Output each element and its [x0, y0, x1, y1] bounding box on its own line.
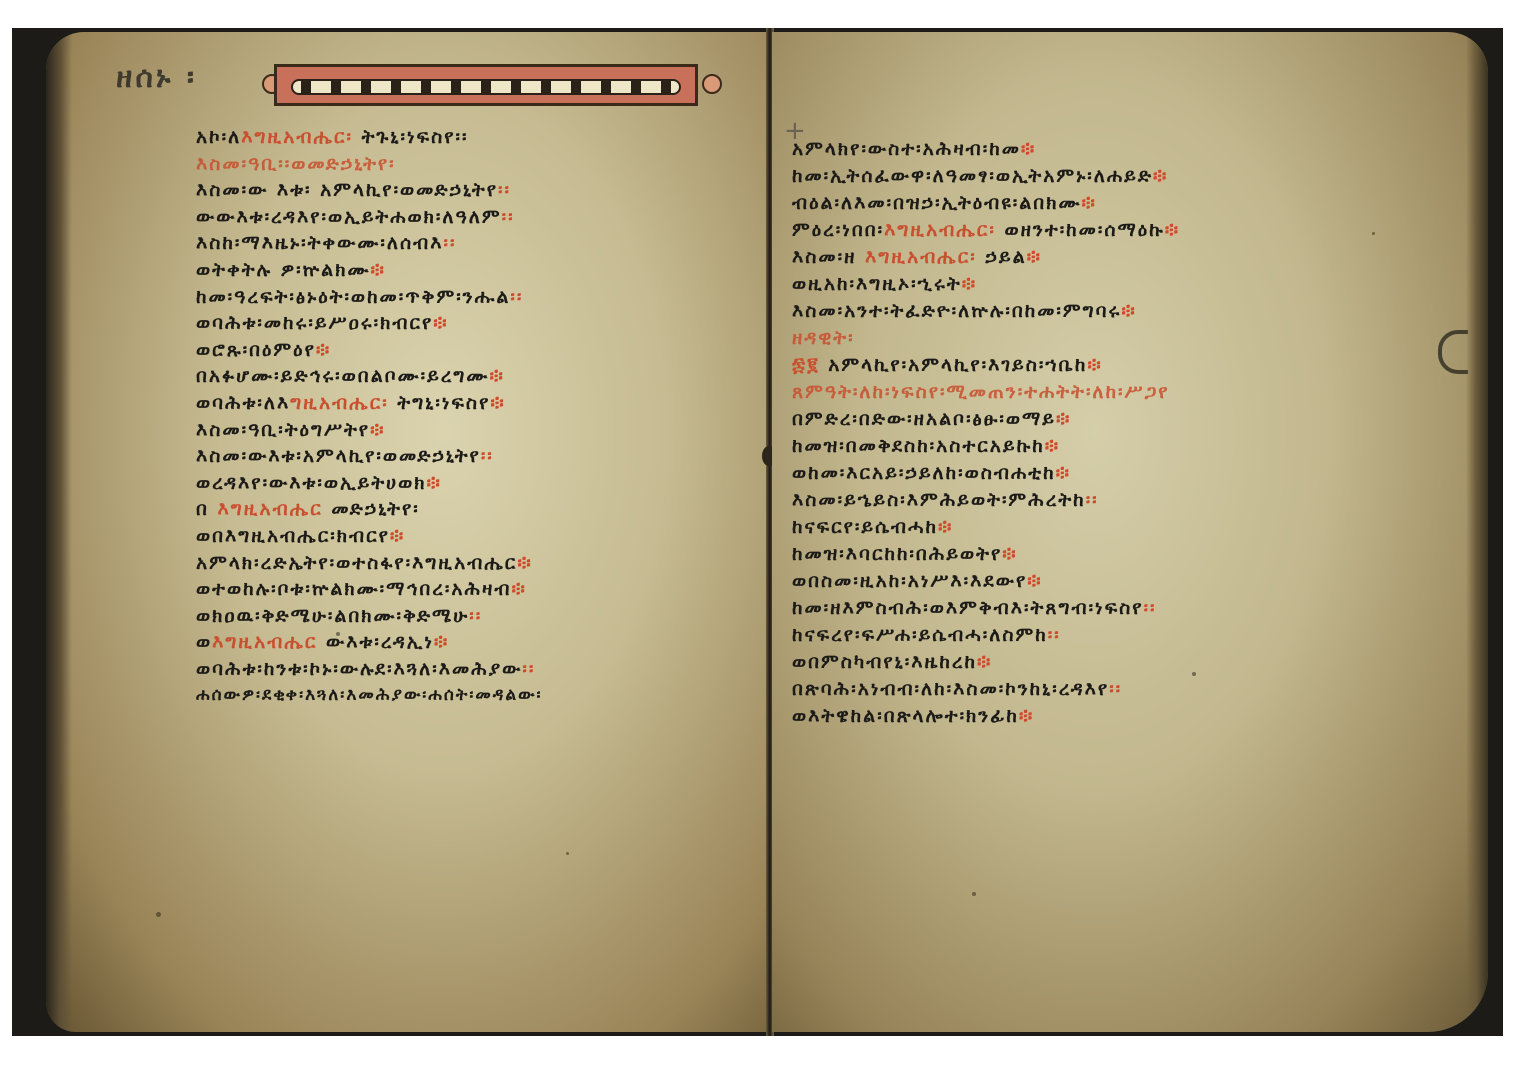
text-line: እስመ፡አንተ፡ትፈድዮ፡ለኵሉ፡በከመ፡ምግባሩ፨ [792, 298, 1180, 325]
text-line: ወረዳእየ፡ውእቱ፡ወኢይትሀወክ፨ [196, 470, 543, 497]
speck [566, 852, 569, 855]
text-line: ወሮጹ፡በዕምዕየ፨ [196, 337, 543, 364]
text-line: ወዚአከ፡እግዚኦ፡ኂሩት፨ [792, 271, 1180, 298]
text-line: በጽባሕ፡አነብብ፡ለከ፡እስመ፡ኮንከኒ፡ረዳእየ፡፡ [792, 676, 1180, 703]
rubric-line: እስመ፡ዓቢ፡፡ወመድኃኒትየ፡ [196, 151, 543, 178]
text-line: እስመ፡ይኄይስ፡እምሕይወት፡ምሕረትከ፡፡ [792, 487, 1180, 514]
text-line: ከመዝ፡በመቅደስከ፡አስተርአይኩከ፨ [792, 433, 1180, 460]
headpiece-chain-pattern [291, 79, 681, 95]
psalm-number-line: ፷፪ አምላኪየ፡አምላኪየ፡እገይስ፡ኀቤከ፨ [792, 352, 1180, 379]
text-line: ወትቀትሉ ዎ፡ኵልክሙ፨ [196, 257, 543, 284]
text-line: ወበስመ፡ዚአከ፡አነሥእ፡እደውየ፨ [792, 568, 1180, 595]
text-line: እስመ፡ውእቱ፡አምላኪየ፡ወመድኃኒትየ፡፡ [196, 443, 543, 470]
text-line: ወተወከሉ፡ቦቱ፡ኵልክሙ፡ማኅበረ፡አሕዛብ፨ [196, 576, 543, 603]
text-line: አኮ፡ለእግዚአብሔር፡ ትጉኒ፡ነፍስየ፡፡ [196, 124, 543, 151]
text-line: ምዕረ፡ነበበ፡እግዚአብሔር፡ ወዘንተ፡ከመ፡ሰማዕኩ፨ [792, 217, 1180, 244]
right-page: + አምላክየ፡ውስተ፡አሕዛብ፡ከመ፨ ከመ፡ኢትሰፈውዋ፡ለዓመፃ፡ወኢትአ… [772, 32, 1488, 1032]
speck [1372, 232, 1375, 235]
text-line: ወእግዚአብሔር ውእቱ፡ረዳኢነ፨ [196, 629, 543, 656]
left-page: ዘሰኑ ፡ አኮ፡ለእግዚአብሔር፡ ትጉኒ፡ነፍስየ፡፡ እስመ፡ዓቢ፡፡ወመ… [46, 32, 768, 1032]
text-line: ሐሰውዎ፡ደቂቀ፡እጓለ፡እመሕያው፡ሐሰት፡መዳልው፡ [196, 682, 543, 709]
text-line: ወበምስካብየኒ፡እዜከረከ፨ [792, 649, 1180, 676]
text-line: ብዕል፡ለእመ፡በዝኃ፡ኢትዕብዩ፡ልበክሙ፨ [792, 190, 1180, 217]
text-line: አምላክ፡ረድኤትየ፡ወተስፋየ፡እግዚአብሔር፨ [196, 550, 543, 577]
speck [972, 892, 976, 896]
speck [1192, 672, 1196, 676]
thread-loop [1438, 330, 1468, 374]
margin-note: ዘሰኑ ፡ [116, 62, 197, 94]
text-line: ወክዐዉ፡ቅድሜሁ፡ልበክሙ፡ቅድሜሁ፡፡ [196, 603, 543, 630]
speck [156, 912, 161, 917]
text-line: ውውእቱ፡ረዳእየ፡ወኢይትሐወክ፡ለዓለም፡፡ [196, 204, 543, 231]
rubric-line: ጸምዓት፡ለከ፡ነፍስየ፡ሚመጠን፡ተሐትት፡ለከ፡ሥጋየ [792, 379, 1180, 406]
manuscript-photo: ዘሰኑ ፡ አኮ፡ለእግዚአብሔር፡ ትጉኒ፡ነፍስየ፡፡ እስመ፡ዓቢ፡፡ወመ… [12, 28, 1503, 1036]
text-line: ከመ፡ዓረፍት፡ፅኑዕት፡ወከመ፡ጥቅም፡ንሑል፡፡ [196, 284, 543, 311]
text-line: አምላክየ፡ውስተ፡አሕዛብ፡ከመ፨ [792, 136, 1180, 163]
text-line: በአፉሆሙ፡ይድኅሩ፡ወበልቦሙ፡ይረግሙ፨ [196, 363, 543, 390]
text-line: እስመ፡ዓቢ፡ትዕግሥትየ፨ [196, 417, 543, 444]
text-line: ከመ፡ዘእምስብሕ፡ወእምቅብእ፡ትጸግብ፡ነፍስየ፡፡ [792, 595, 1180, 622]
left-text-column: አኮ፡ለእግዚአብሔር፡ ትጉኒ፡ነፍስየ፡፡ እስመ፡ዓቢ፡፡ወመድኃኒትየ፡… [196, 124, 543, 709]
text-line: እስመ፡ው እቱ፡ አምላኪየ፡ወመድኃኒትየ፡፡ [196, 177, 543, 204]
text-line: ወባሕቱ፡ለእግዚአብሔር፡ ትግኒ፡ነፍስየ፨ [196, 390, 543, 417]
text-line: በምድረ፡በድው፡ዘአልቦ፡ፅፁ፡ወማይ፨ [792, 406, 1180, 433]
text-line: ወባሕቱ፡መከሩ፡ይሥዐሩ፡ክብርየ፨ [196, 310, 543, 337]
text-line: ከመ፡ኢትሰፈውዋ፡ለዓመፃ፡ወኢትአምኑ፡ለሐይድ፨ [792, 163, 1180, 190]
rubric-title: ዘዳዊት፡ [792, 325, 1180, 352]
text-line: ከናፍርየ፡ይሴብሓከ፨ [792, 514, 1180, 541]
text-line: ወባሕቱ፡ከንቱ፡ኮኑ፡ውሉደ፡እጓለ፡እመሕያው፡፡ [196, 656, 543, 683]
text-line: ወእትዌከል፡በጽላሎተ፡ክንፊከ፨ [792, 703, 1180, 730]
headpiece-knob-right [702, 74, 722, 94]
decorative-headpiece [262, 56, 722, 114]
text-line: ከናፍረየ፡ፍሥሐ፡ይሴብሓ፡ለስምከ፡፡ [792, 622, 1180, 649]
text-line: ወከመ፡እርአይ፡ኃይለከ፡ወስብሐቲከ፨ [792, 460, 1180, 487]
text-line: እስመ፡ዘ እግዚአብሔር፡ ኃይል፨ [792, 244, 1180, 271]
text-line: ወበእግዚአብሔር፡ክብርየ፨ [196, 523, 543, 550]
text-line: ከመዝ፡እባርከከ፡በሕይወትየ፨ [792, 541, 1180, 568]
right-text-column: አምላክየ፡ውስተ፡አሕዛብ፡ከመ፨ ከመ፡ኢትሰፈውዋ፡ለዓመፃ፡ወኢትአምኑ… [792, 136, 1180, 730]
text-line: እስከ፡ማእዜኑ፡ትቀውሙ፡ለሰብእ፡፡ [196, 230, 543, 257]
headpiece-band [274, 64, 698, 106]
text-line: በ እግዚአብሔር መድኃኒትየ፡ [196, 496, 543, 523]
